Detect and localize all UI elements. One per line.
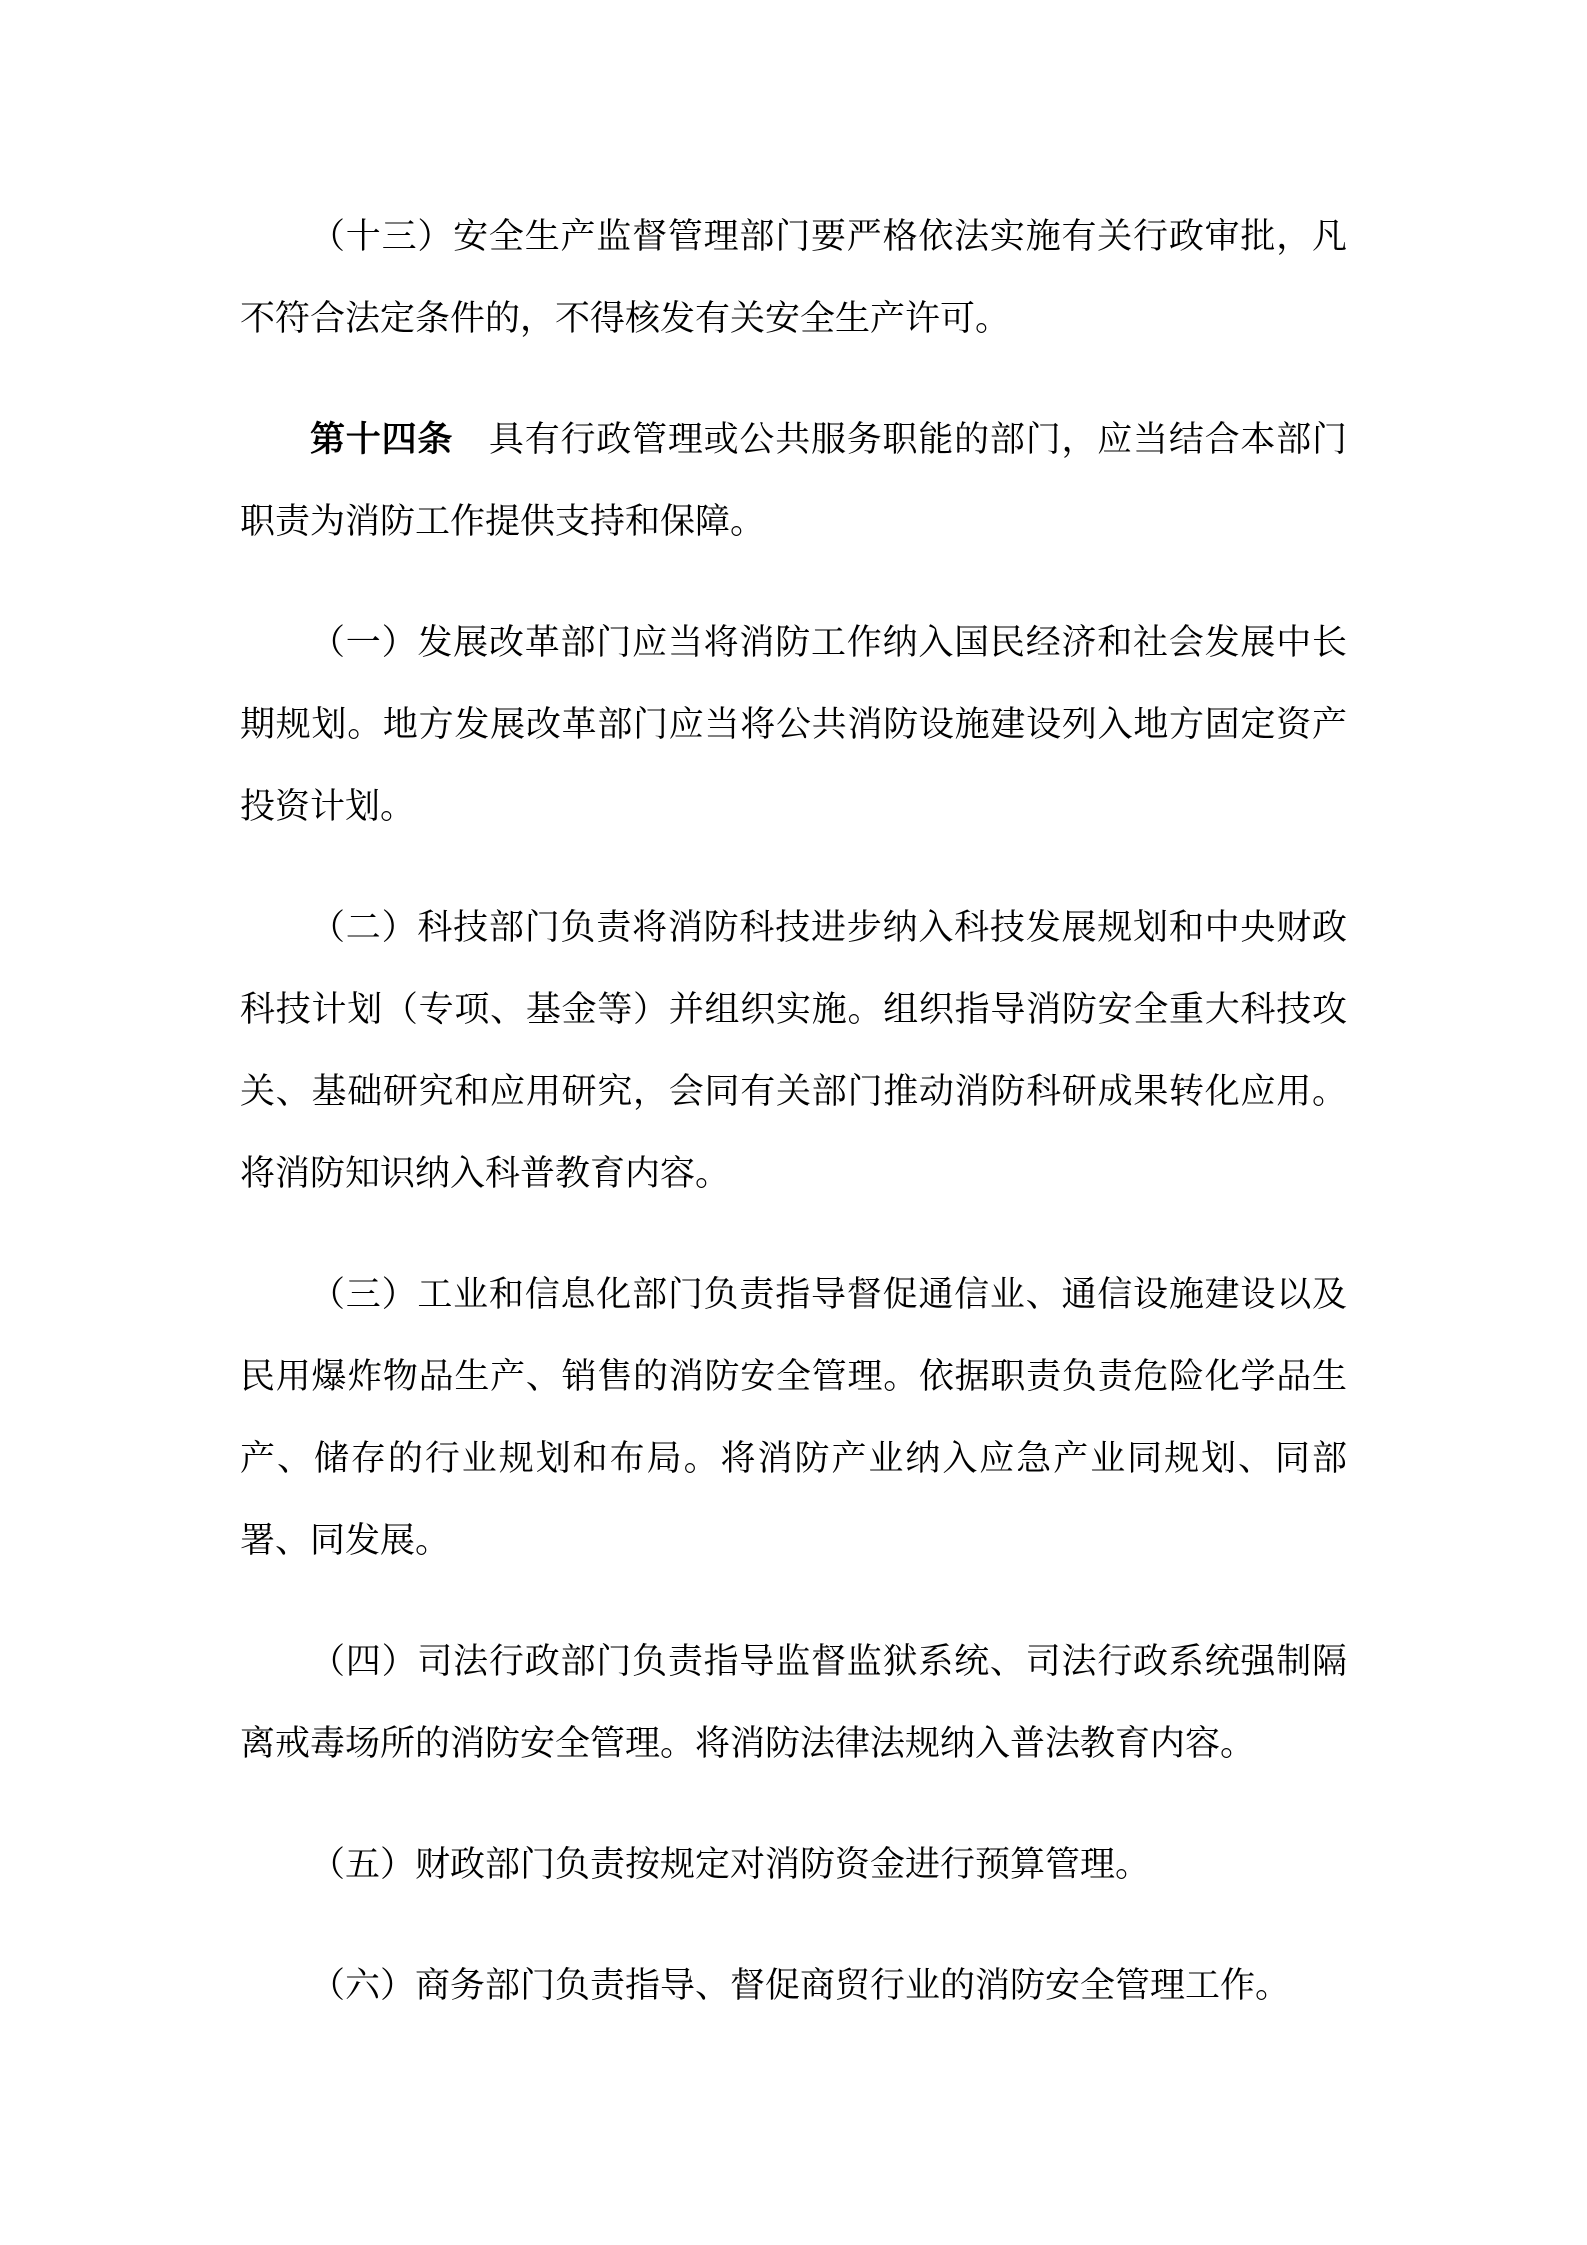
para-item-5-text: （五）财政部门负责按规定对消防资金进行预算管理。 xyxy=(310,1845,1150,1884)
para-item-1: （一）发展改革部门应当将消防工作纳入国民经济和社会发展中长期规划。地方发展改革部… xyxy=(240,602,1347,848)
para-item-1-text: （一）发展改革部门应当将消防工作纳入国民经济和社会发展中长期规划。地方发展改革部… xyxy=(240,623,1347,826)
para-item-2: （二）科技部门负责将消防科技进步纳入科技发展规划和中央财政科技计划（专项、基金等… xyxy=(240,887,1347,1215)
document-page: （十三）安全生产监督管理部门要严格依法实施有关行政审批，凡不符合法定条件的，不得… xyxy=(0,0,1587,2245)
para-item-6: （六）商务部门负责指导、督促商贸行业的消防安全管理工作。 xyxy=(240,1945,1347,2027)
article-14-heading: 第十四条 xyxy=(310,420,453,459)
para-article-14: 第十四条 具有行政管理或公共服务职能的部门，应当结合本部门职责为消防工作提供支持… xyxy=(240,399,1347,563)
para-item-4-text: （四）司法行政部门负责指导监督监狱系统、司法行政系统强制隔离戒毒场所的消防安全管… xyxy=(240,1642,1347,1763)
para-item-3: （三）工业和信息化部门负责指导督促通信业、通信设施建设以及民用爆炸物品生产、销售… xyxy=(240,1254,1347,1582)
para-item-2-text: （二）科技部门负责将消防科技进步纳入科技发展规划和中央财政科技计划（专项、基金等… xyxy=(240,908,1347,1193)
para-clause-13: （十三）安全生产监督管理部门要严格依法实施有关行政审批，凡不符合法定条件的，不得… xyxy=(240,196,1347,360)
para-clause-13-text: （十三）安全生产监督管理部门要严格依法实施有关行政审批，凡不符合法定条件的，不得… xyxy=(240,217,1347,338)
para-item-4: （四）司法行政部门负责指导监督监狱系统、司法行政系统强制隔离戒毒场所的消防安全管… xyxy=(240,1621,1347,1785)
para-item-6-text: （六）商务部门负责指导、督促商贸行业的消防安全管理工作。 xyxy=(310,1966,1290,2005)
para-item-3-text: （三）工业和信息化部门负责指导督促通信业、通信设施建设以及民用爆炸物品生产、销售… xyxy=(240,1275,1347,1560)
para-item-5: （五）财政部门负责按规定对消防资金进行预算管理。 xyxy=(240,1824,1347,1906)
